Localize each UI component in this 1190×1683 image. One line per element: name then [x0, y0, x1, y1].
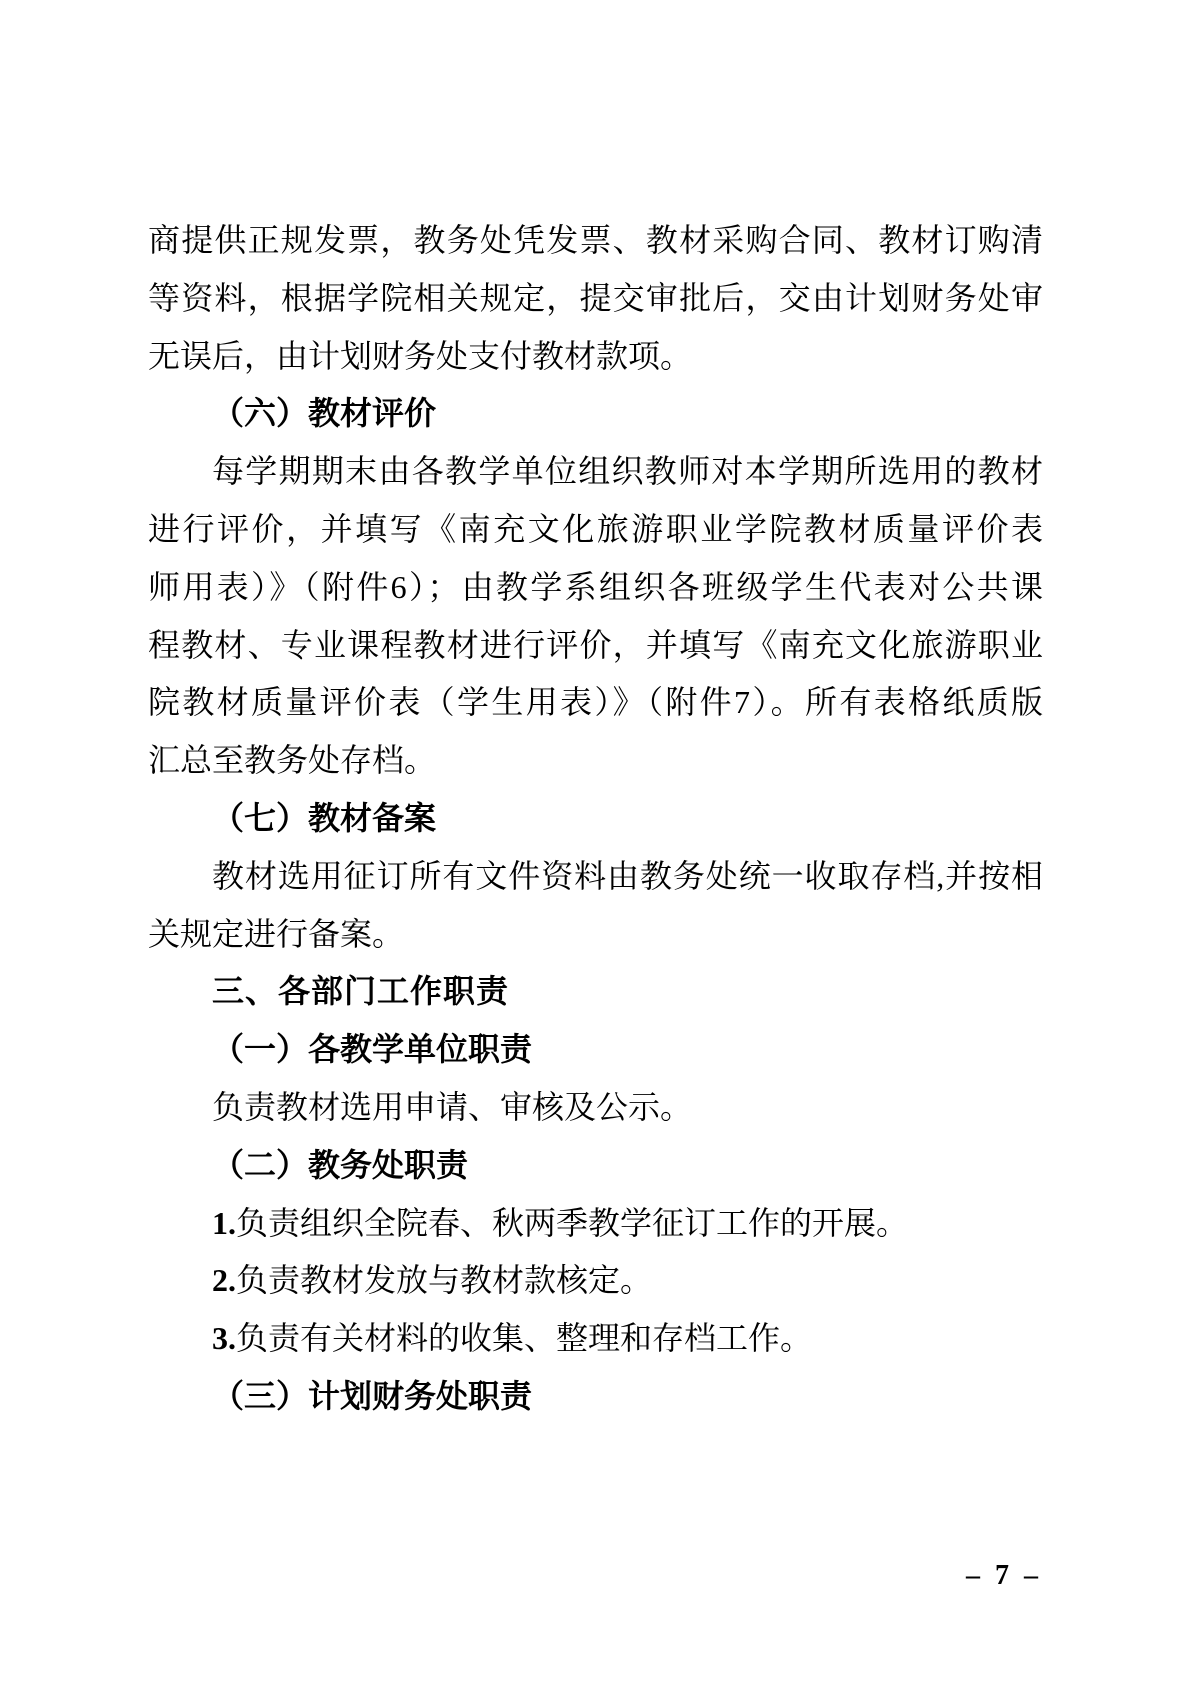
text-line: 三、各部门工作职责: [148, 963, 1043, 1021]
line-text: 无误后，由计划财务处支付教材款项。: [148, 338, 692, 374]
line-text: 负责教材发放与教材款核定。: [236, 1262, 652, 1298]
line-text: （六）教材评价: [212, 395, 436, 431]
text-line: （七）教材备案: [148, 790, 1043, 848]
text-line: 等资料，根据学院相关规定，提交审批后，交由计划财务处审核: [148, 270, 1043, 328]
line-text: 每学期期末由各教学单位组织教师对本学期所选用的教材: [212, 453, 1043, 489]
line-text: （二）教务处职责: [212, 1147, 468, 1183]
line-text: 师用表）》（附件6）；由教学系组织各班级学生代表对公共课: [148, 569, 1043, 605]
text-line: 教材选用征订所有文件资料由教务处统一收取存档,并按相: [148, 848, 1043, 906]
text-line: （二）教务处职责: [148, 1137, 1043, 1195]
text-line: 无误后，由计划财务处支付教材款项。: [148, 328, 1043, 386]
text-line: 每学期期末由各教学单位组织教师对本学期所选用的教材: [148, 443, 1043, 501]
text-line: 负责教材选用申请、审核及公示。: [148, 1079, 1043, 1137]
line-text: 程教材、专业课程教材进行评价，并填写《南充文化旅游职业学: [148, 627, 1043, 675]
line-text: 教材选用征订所有文件资料由教务处统一收取存档,并按相: [212, 858, 1043, 894]
list-number: 2.: [212, 1262, 236, 1298]
line-text: （一）各教学单位职责: [212, 1031, 532, 1067]
line-text: 进行评价，并填写《南充文化旅游职业学院教材质量评价表（教: [148, 511, 1043, 559]
line-text: （三）计划财务处职责: [212, 1378, 532, 1414]
text-line: 程教材、专业课程教材进行评价，并填写《南充文化旅游职业学: [148, 617, 1043, 675]
document-body: 商提供正规发票，教务处凭发票、教材采购合同、教材订购清单等资料，根据学院相关规定…: [148, 212, 1043, 1426]
line-text: 等资料，根据学院相关规定，提交审批后，交由计划财务处审核: [148, 280, 1043, 328]
text-line: （三）计划财务处职责: [148, 1368, 1043, 1426]
text-line: 商提供正规发票，教务处凭发票、教材采购合同、教材订购清单: [148, 212, 1043, 270]
line-text: 商提供正规发票，教务处凭发票、教材采购合同、教材订购清单: [148, 222, 1043, 270]
text-line: 1.负责组织全院春、秋两季教学征订工作的开展。: [148, 1195, 1043, 1253]
line-text: 负责有关材料的收集、整理和存档工作。: [236, 1320, 812, 1356]
text-line: 师用表）》（附件6）；由教学系组织各班级学生代表对公共课: [148, 559, 1043, 617]
document-page: 商提供正规发票，教务处凭发票、教材采购合同、教材订购清单等资料，根据学院相关规定…: [0, 0, 1190, 1683]
line-text: 三、各部门工作职责: [212, 973, 509, 1009]
text-line: （一）各教学单位职责: [148, 1021, 1043, 1079]
text-line: 关规定进行备案。: [148, 906, 1043, 964]
line-text: 负责教材选用申请、审核及公示。: [212, 1089, 692, 1125]
line-text: 汇总至教务处存档。: [148, 742, 436, 778]
text-line: 院教材质量评价表（学生用表）》（附件7）。所有表格纸质版: [148, 674, 1043, 732]
page-number: – 7 –: [966, 1560, 1042, 1591]
line-text: 院教材质量评价表（学生用表）》（附件7）。所有表格纸质版: [148, 684, 1043, 720]
text-line: 3.负责有关材料的收集、整理和存档工作。: [148, 1310, 1043, 1368]
text-line: 汇总至教务处存档。: [148, 732, 1043, 790]
line-text: 负责组织全院春、秋两季教学征订工作的开展。: [236, 1205, 908, 1241]
line-text: 关规定进行备案。: [148, 916, 404, 952]
list-number: 3.: [212, 1320, 236, 1356]
text-line: （六）教材评价: [148, 385, 1043, 443]
list-number: 1.: [212, 1205, 236, 1241]
line-text: （七）教材备案: [212, 800, 436, 836]
text-line: 进行评价，并填写《南充文化旅游职业学院教材质量评价表（教: [148, 501, 1043, 559]
text-line: 2.负责教材发放与教材款核定。: [148, 1252, 1043, 1310]
page-footer: – 7 –: [966, 1560, 1042, 1592]
